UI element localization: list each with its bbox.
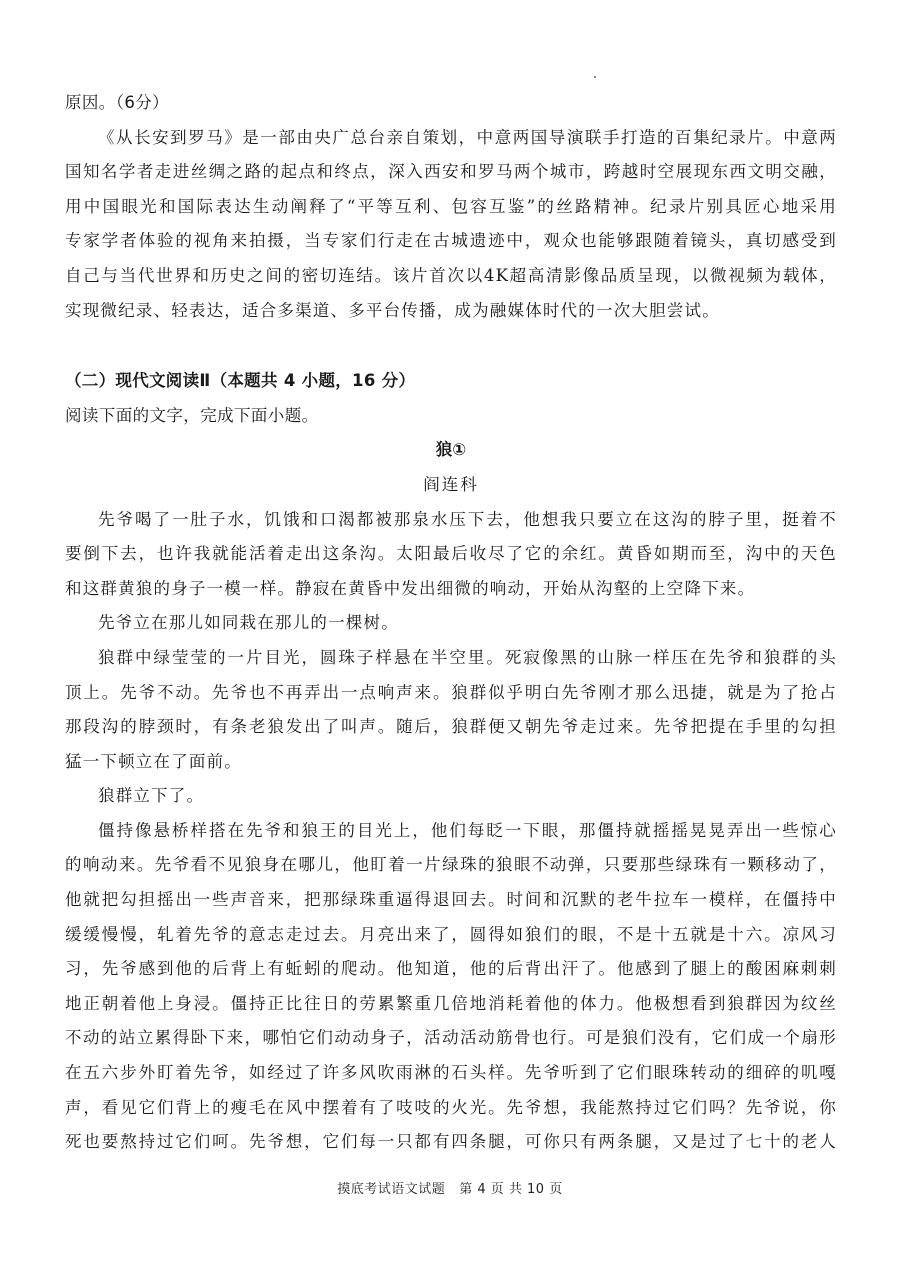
paragraph-line: 那段沟的脖颈时，有条老狼发出了叫声。随后，狼群便又朝先爷走过来。先爷把提在手里的… [65,710,837,745]
material-line: 用中国眼光和国际表达生动阐释了“平等互利、包容互鉴”的丝路精神。纪录片别具匠心地… [65,190,837,225]
exam-page-body: 原因。（6分） 《从长安到罗马》是一部由央广总台亲自策划，中意两国导演联手打造的… [65,86,837,1160]
article-paragraph: 僵持像悬桥样搭在先爷和狼王的目光上，他们每眨一下眼，那僵持就摇摇晃晃弄出一些惊心… [65,814,837,1160]
material-line: 专家学者体验的视角来拍摄，当专家们行走在古城遗迹中，观众也能够跟随着镜头，真切感… [65,224,837,259]
paragraph-line: 地正朝着他上身浸。僵持正比往日的劳累繁重几倍地消耗着他的体力。他极想看到狼群因为… [65,987,837,1022]
article-paragraph: 狼群立下了。 [65,779,837,814]
article-paragraph: 狼群中绿莹莹的一片目光，圆珠子样悬在半空里。死寂像黑的山脉一样压在先爷和狼群的头… [65,641,837,779]
paragraph-line: 缓缓慢慢，轧着先爷的意志走过去。月亮出来了，圆得如狼们的眼，不是十五就是十六。凉… [65,918,837,953]
paragraph-line: 先爷喝了一肚子水，饥饿和口渴都被那泉水压下去，他想我只要立在这沟的脖子里，挺着不 [65,503,837,538]
section-instruction: 阅读下面的文字，完成下面小题。 [65,399,837,434]
article-author: 阎连科 [65,468,837,503]
article-paragraph: 先爷喝了一肚子水，饥饿和口渴都被那泉水压下去，他想我只要立在这沟的脖子里，挺着不… [65,503,837,607]
paragraph-line: 狼群中绿莹莹的一片目光，圆珠子样悬在半空里。死寂像黑的山脉一样压在先爷和狼群的头 [65,641,837,676]
article-paragraph: 先爷立在那儿如同栽在那儿的一棵树。 [65,606,837,641]
material-line: 国知名学者走进丝绸之路的起点和终点，深入西安和罗马两个城市，跨越时空展现东西文明… [65,155,837,190]
paragraph-line: 死也要熬持过它们呵。先爷想，它们每一只都有四条腿，可你只有两条腿，又是过了七十的… [65,1125,837,1160]
material-line: 《从长安到罗马》是一部由央广总台亲自策划，中意两国导演联手打造的百集纪录片。中意… [65,121,837,156]
section-heading: （二）现代文阅读Ⅱ（本题共 4 小题，16 分） [65,364,837,399]
scan-speck [594,76,596,78]
paragraph-line: 不动的站立累得卧下来，哪怕它们动动身子，活动活动筋骨也行。可是狼们没有，它们成一… [65,1021,837,1056]
paragraph-line: 习，先爷感到他的后背上有蚯蚓的爬动。他知道，他的后背出汗了。他感到了腿上的酸困麻… [65,952,837,987]
paragraph-line: 先爷立在那儿如同栽在那儿的一棵树。 [65,606,837,641]
question-tail: 原因。（6分） [65,86,837,121]
paragraph-line: 顶上。先爷不动。先爷也不再弄出一点响声来。狼群似乎明白先爷刚才那么迅捷，就是为了… [65,676,837,711]
material-line: 实现微纪录、轻表达，适合多渠道、多平台传播，成为融媒体时代的一次大胆尝试。 [65,294,837,329]
paragraph-line: 在五六步外盯着先爷，如经过了许多风吹雨淋的石头样。先爷听到了它们眼珠转动的细碎的… [65,1056,837,1091]
page-number: 第 4 页 共 10 页 [459,1182,562,1197]
exam-name: 摸底考试语文试题 [337,1182,445,1197]
material-line: 自己与当代世界和历史之间的密切连结。该片首次以4K超高清影像品质呈现，以微视频为… [65,259,837,294]
paragraph-line: 和这群黄狼的身子一模一样。静寂在黄昏中发出细微的响动，开始从沟壑的上空降下来。 [65,572,837,607]
article-title: 狼① [65,433,837,468]
paragraph-line: 的响动来。先爷看不见狼身在哪儿，他盯着一片绿珠的狼眼不动弹，只要那些绿珠有一颗移… [65,848,837,883]
paragraph-line: 要倒下去，也许我就能活着走出这条沟。太阳最后收尽了它的余红。黄昏如期而至，沟中的… [65,537,837,572]
page-footer: 摸底考试语文试题 第 4 页 共 10 页 [0,1178,900,1197]
paragraph-line: 他就把勾担摇出一些声音来，把那绿珠重逼得退回去。时间和沉默的老牛拉车一模样，在僵… [65,883,837,918]
section-spacer [65,328,837,364]
paragraph-line: 狼群立下了。 [65,779,837,814]
paragraph-line: 猛一下顿立在了面前。 [65,745,837,780]
paragraph-line: 僵持像悬桥样搭在先爷和狼王的目光上，他们每眨一下眼，那僵持就摇摇晃晃弄出一些惊心 [65,814,837,849]
paragraph-line: 声，看见它们背上的瘦毛在风中摆着有了吱吱的火光。先爷想，我能熬持过它们吗？先爷说… [65,1091,837,1126]
